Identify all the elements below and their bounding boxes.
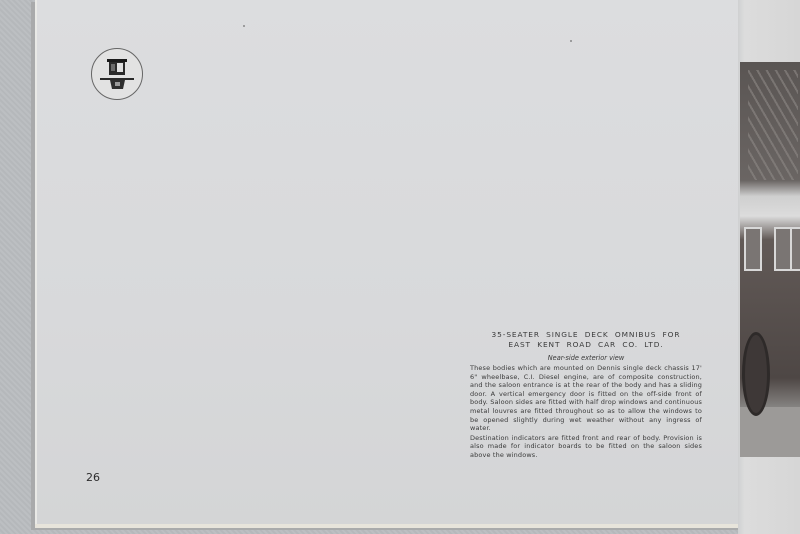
photo-bus-wheel xyxy=(742,332,770,416)
paper-speck xyxy=(570,40,572,42)
caption-paragraph-2: Destination indicators are fitted front … xyxy=(470,434,702,460)
paper-speck xyxy=(243,25,245,27)
bus-photograph xyxy=(740,62,800,457)
caption-title-line1: 35-SEATER SINGLE DECK OMNIBUS FOR xyxy=(470,330,702,340)
photo-caption: 35-SEATER SINGLE DECK OMNIBUS FOR EAST K… xyxy=(470,330,702,460)
caption-title-line2: EAST KENT ROAD CAR CO. LTD. xyxy=(470,340,702,350)
photo-tree-branches xyxy=(748,70,798,180)
caption-paragraph-1: These bodies which are mounted on Dennis… xyxy=(470,364,702,433)
photo-ground xyxy=(740,407,800,457)
stagecoach-emblem-icon xyxy=(91,48,143,100)
page-number: 26 xyxy=(86,471,100,484)
photo-bus-window xyxy=(744,227,762,271)
caption-subtitle: Near-side exterior view xyxy=(470,354,702,363)
photo-bus-window xyxy=(790,227,800,271)
page-bottom-edge xyxy=(35,524,741,528)
